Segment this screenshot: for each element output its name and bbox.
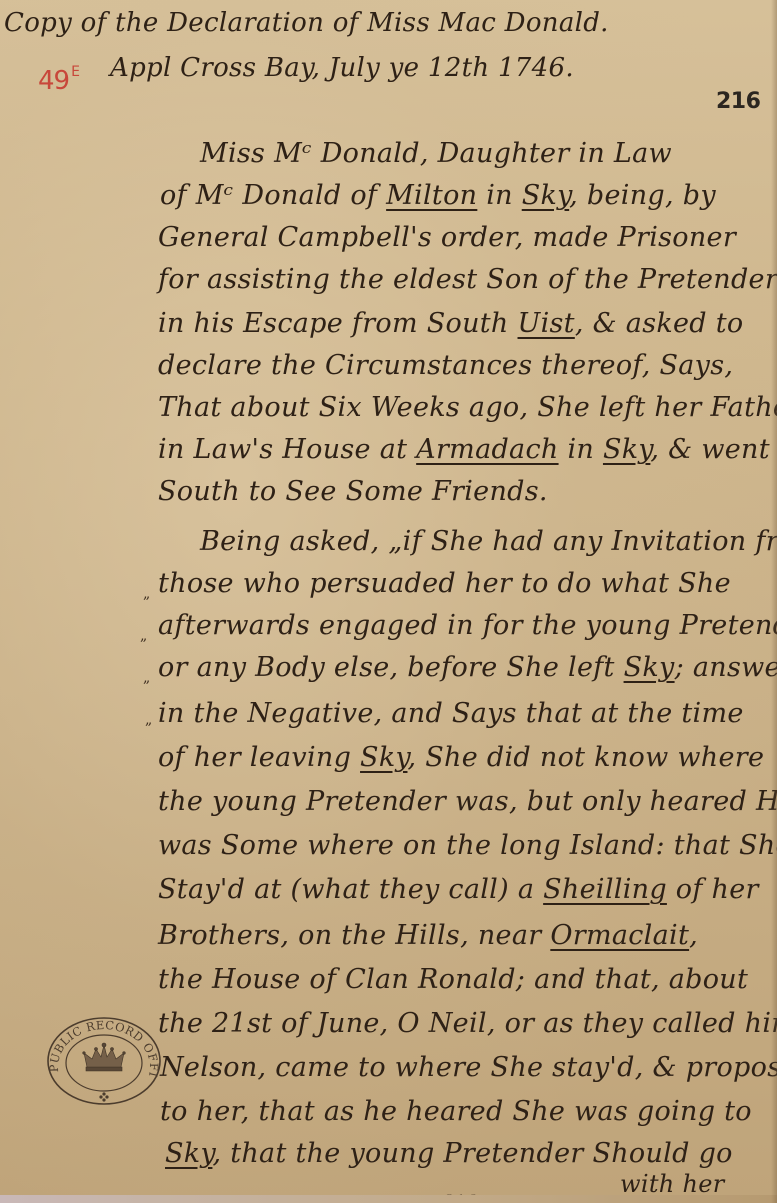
text-segment: in his Escape from South: [158, 308, 518, 339]
text-line: Brothers, on the Hills, near Ormaclait,: [158, 922, 698, 949]
underlined-place-name: Sky: [360, 742, 407, 773]
underlined-word: Sheilling: [543, 874, 667, 905]
text-segment: ,: [689, 920, 698, 951]
text-segment: Stay'd at (what they call) a: [158, 874, 543, 905]
quote-mark: „: [143, 586, 150, 602]
underlined-place-name: Armadach: [416, 434, 558, 465]
rosette-icon: [99, 1092, 108, 1101]
quote-mark: „: [143, 670, 150, 686]
text-line: or any Body else, before She left Sky; a…: [158, 654, 777, 681]
text-line: South to See Some Friends.: [158, 478, 548, 505]
text-line: to her, that as he heared She was going …: [160, 1098, 752, 1125]
text-segment: of Mᶜ Donald of: [160, 180, 386, 211]
text-line: Sky, that the young Pretender Should go: [165, 1140, 733, 1167]
document-title: Copy of the Declaration of Miss Mac Dona…: [4, 10, 609, 36]
text-line: in Law's House at Armadach in Sky, & wen…: [158, 436, 770, 463]
text-line: declare the Circumstances thereof, Says,: [158, 352, 733, 379]
place-date: Appl Cross Bay, July ye 12th 1746.: [110, 55, 574, 81]
manuscript-page: Copy of the Declaration of Miss Mac Dona…: [0, 0, 777, 1203]
text-line: was Some where on the long Island: that …: [158, 832, 777, 859]
text-line: in the Negative, and Says that at the ti…: [158, 700, 744, 727]
text-segment: of her leaving: [158, 742, 360, 773]
text-line: Being asked, „if She had any Invitation …: [200, 528, 777, 555]
text-line: That about Six Weeks ago, She left her F…: [158, 394, 777, 421]
archive-reference-number: 49: [38, 66, 69, 96]
text-line: Miss Mᶜ Donald, Daughter in Law: [200, 140, 672, 167]
text-line: General Campbell's order, made Prisoner: [158, 224, 736, 251]
underlined-place-name: Sky: [165, 1138, 212, 1169]
text-segment: or any Body else, before She left: [158, 652, 624, 683]
text-line: the House of Clan Ronald; and that, abou…: [158, 966, 748, 993]
text-line-catchword: with her: [620, 1172, 724, 1196]
text-line: the young Pretender was, but only heared…: [158, 788, 777, 815]
public-record-office-stamp: PUBLIC RECORD OFFICE: [45, 1015, 163, 1107]
text-segment: of her: [667, 874, 759, 905]
text-segment: , that the young Pretender Should go: [212, 1138, 732, 1169]
quote-mark: „: [140, 628, 147, 644]
text-segment: in: [477, 180, 521, 211]
quote-mark: „: [145, 712, 152, 728]
text-segment: , & went: [650, 434, 770, 465]
text-segment: Brothers, on the Hills, near: [158, 920, 550, 951]
page-bottom-edge: [0, 1195, 777, 1203]
text-line: for assisting the eldest Son of the Pret…: [158, 266, 777, 293]
text-line: of Mᶜ Donald of Milton in Sky, being, by: [160, 182, 716, 209]
text-segment: , being, by: [569, 180, 716, 211]
folio-number: 216: [716, 89, 760, 114]
underlined-place-name: Sky: [624, 652, 675, 683]
underlined-place-name: Sky: [603, 434, 650, 465]
text-line: in his Escape from South Uist, & asked t…: [158, 310, 743, 337]
archive-reference-suffix: E: [71, 64, 79, 80]
text-line: Nelson, came to where She stay'd, & prop…: [160, 1054, 777, 1081]
text-segment: , & asked to: [575, 308, 744, 339]
underlined-place-name: Ormaclait: [550, 920, 689, 951]
archive-reference: 49E: [38, 66, 79, 96]
text-line: afterwards engaged in for the young Pret…: [158, 612, 777, 639]
text-segment: in: [559, 434, 603, 465]
underlined-place-name: Sky: [522, 180, 569, 211]
underlined-place-name: Milton: [386, 180, 477, 211]
text-segment: ; answerd: [675, 652, 777, 683]
text-segment: in Law's House at: [158, 434, 416, 465]
text-segment: , She did not know where: [407, 742, 764, 773]
text-line: Stay'd at (what they call) a Sheilling o…: [158, 876, 759, 903]
underlined-place-name: Uist: [518, 308, 575, 339]
text-line: of her leaving Sky, She did not know whe…: [158, 744, 764, 771]
text-line: those who persuaded her to do what She: [158, 570, 731, 597]
text-line: the 21st of June, O Neil, or as they cal…: [158, 1010, 777, 1037]
crown-icon: [83, 1043, 126, 1071]
